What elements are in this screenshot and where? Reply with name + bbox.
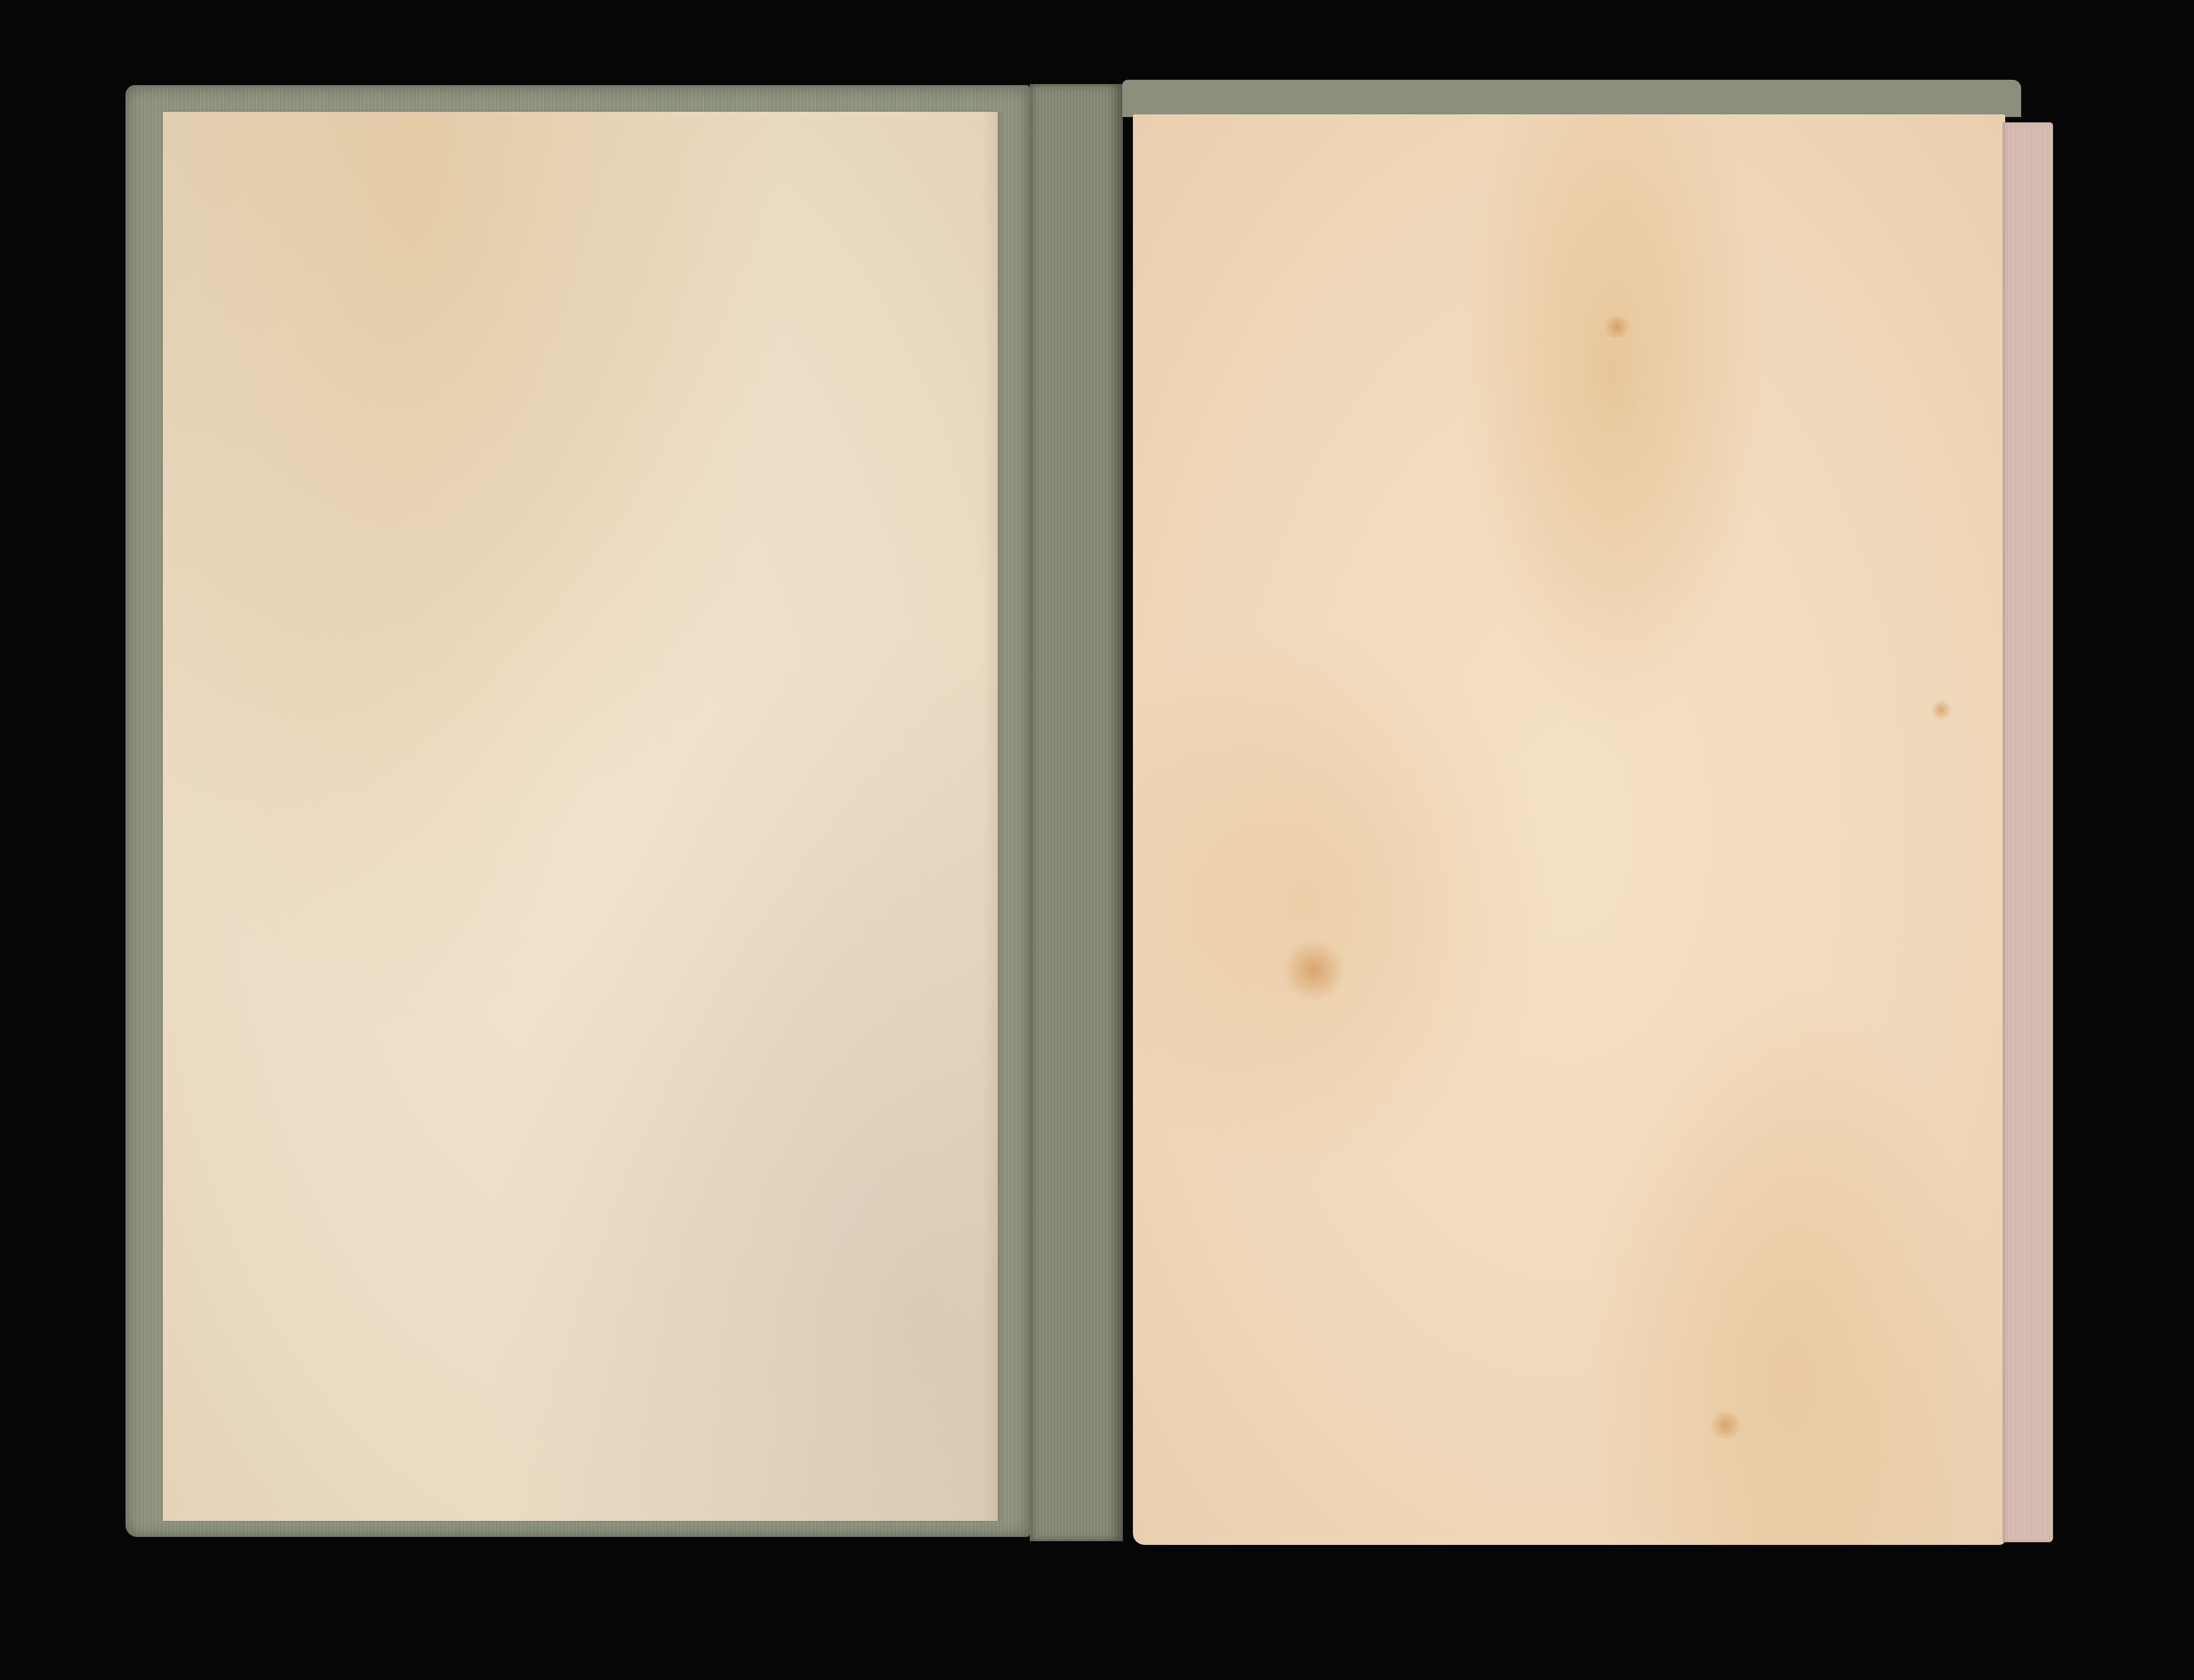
endpaper-page (1133, 114, 2005, 1545)
photo-background (0, 0, 2194, 1680)
foxing-stain (1707, 1412, 1745, 1439)
back-cover-board (126, 85, 1030, 1537)
foxing-stain (1601, 316, 1633, 338)
pastedown-paper (163, 112, 998, 1521)
spine-cloth (1030, 84, 1123, 1541)
foxing-stain (1282, 939, 1346, 1002)
page-fore-edge (2003, 122, 2053, 1542)
front-board-top-edge (1122, 80, 2021, 117)
hinge-shadow (982, 112, 1003, 1521)
foxing-stain (1931, 699, 1952, 721)
